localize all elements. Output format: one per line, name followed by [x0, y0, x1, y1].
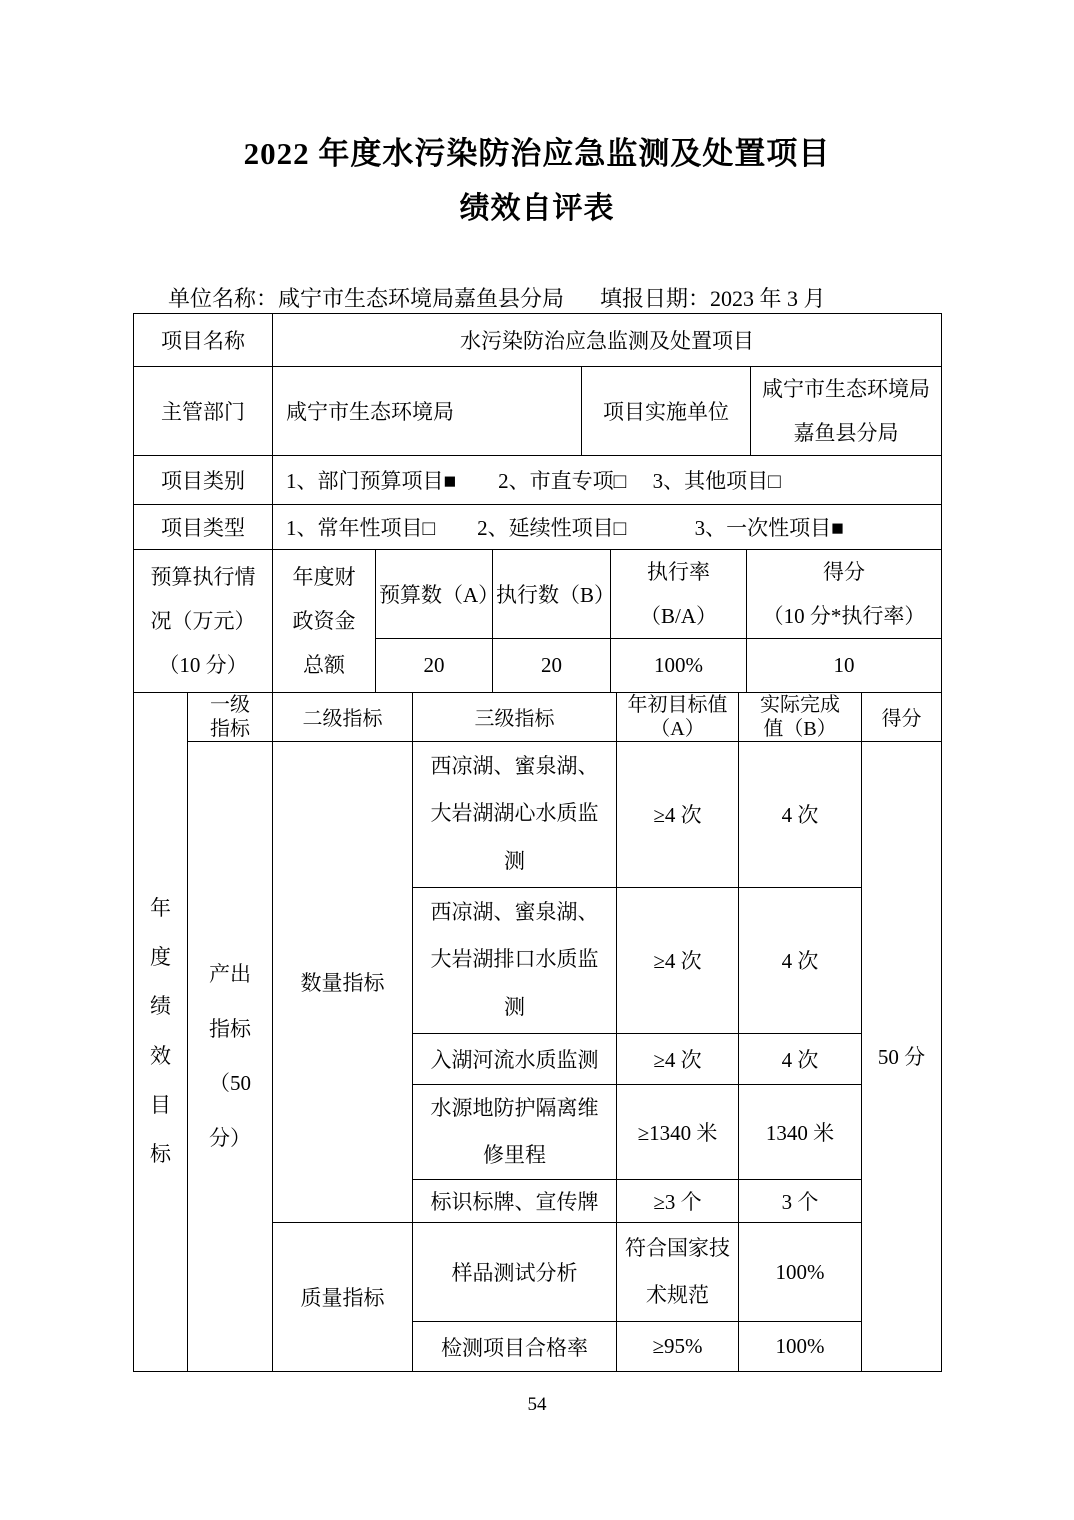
- impl-unit-label: 项目实施单位: [582, 367, 751, 456]
- category-label: 项目类别: [134, 456, 273, 505]
- indicator-actual: 4 次: [739, 1033, 862, 1084]
- actual-header: 实际完成 值（B）: [739, 692, 862, 741]
- indicator-actual: 1340 米: [739, 1084, 862, 1180]
- document-page: 2022 年度水污染防治应急监测及处置项目 绩效自评表 单位名称：咸宁市生态环境…: [0, 0, 1074, 1520]
- budget-row-label: 预算执行情 况（万元） （10 分）: [134, 549, 273, 692]
- document-title-line2: 绩效自评表: [0, 192, 1074, 227]
- exec-rate-header: 执行率 （B/A）: [611, 549, 747, 638]
- project-info-table: 项目名称 水污染防治应急监测及处置项目 主管部门 咸宁市生态环境局 项目实施单位…: [133, 313, 942, 550]
- annual-performance-side-label: 年 度 绩 效 目 标: [134, 692, 188, 1372]
- indicator-target: ≥4 次: [617, 887, 739, 1033]
- indicator-name: 西凉湖、蜜泉湖、 大岩湖排口水质监 测: [413, 887, 617, 1033]
- type-label: 项目类型: [134, 505, 273, 550]
- table-row: 项目类别 1、部门预算项目■ 2、市直专项□ 3、其他项目□: [134, 456, 942, 505]
- indicator-target: ≥95%: [617, 1322, 739, 1372]
- indicator-actual: 3 个: [739, 1180, 862, 1223]
- meta-line: 单位名称：咸宁市生态环境局嘉鱼县分局填报日期：2023 年 3 月: [168, 282, 1074, 313]
- indicator-name: 西凉湖、蜜泉湖、 大岩湖湖心水质监 测: [413, 741, 617, 887]
- dept-value: 咸宁市生态环境局: [273, 367, 582, 456]
- dept-label: 主管部门: [134, 367, 273, 456]
- indicator-table: 年 度 绩 效 目 标 一级 指标 二级指标 三级指标 年初目标值 （A） 实际…: [133, 692, 942, 1373]
- target-header: 年初目标值 （A）: [617, 692, 739, 741]
- document-title-line1: 2022 年度水污染防治应急监测及处置项目: [0, 0, 1074, 172]
- exec-num-value: 20: [493, 639, 611, 693]
- budget-execution-table: 预算执行情 况（万元） （10 分） 年度财 政资金 总额 预算数（A） 执行数…: [133, 549, 942, 693]
- report-date-text: 填报日期：2023 年 3 月: [600, 286, 826, 311]
- budget-num-header: 预算数（A）: [376, 549, 493, 638]
- exec-rate-value: 100%: [611, 639, 747, 693]
- level2-header: 二级指标: [273, 692, 413, 741]
- annual-fund-label: 年度财 政资金 总额: [273, 549, 376, 692]
- output-indicator-cell: 产出 指标 （50 分）: [188, 741, 273, 1372]
- indicator-name: 样品测试分析: [413, 1223, 617, 1322]
- score-value: 10: [747, 639, 942, 693]
- indicator-target: ≥4 次: [617, 741, 739, 887]
- indicator-target: ≥4 次: [617, 1033, 739, 1084]
- exec-num-header: 执行数（B）: [493, 549, 611, 638]
- page-number: 54: [0, 1394, 1074, 1416]
- table-row: 项目类型 1、常年性项目□ 2、延续性项目□ 3、一次性项目■: [134, 505, 942, 550]
- score-col-header: 得分: [862, 692, 942, 741]
- level1-header: 一级 指标: [188, 692, 273, 741]
- indicator-target: ≥1340 米: [617, 1084, 739, 1180]
- table-row: 项目名称 水污染防治应急监测及处置项目: [134, 314, 942, 367]
- indicator-target: 符合国家技 术规范: [617, 1223, 739, 1322]
- category-options: 1、部门预算项目■ 2、市直专项□ 3、其他项目□: [273, 456, 942, 505]
- unit-name-text: 单位名称：咸宁市生态环境局嘉鱼县分局: [168, 286, 564, 311]
- budget-num-value: 20: [376, 639, 493, 693]
- indicator-name: 入湖河流水质监测: [413, 1033, 617, 1084]
- level3-header: 三级指标: [413, 692, 617, 741]
- indicator-actual: 100%: [739, 1322, 862, 1372]
- total-score-cell: 50 分: [862, 741, 942, 1372]
- table-row: 主管部门 咸宁市生态环境局 项目实施单位 咸宁市生态环境局 嘉鱼县分局: [134, 367, 942, 456]
- indicator-name: 检测项目合格率: [413, 1322, 617, 1372]
- indicator-actual: 100%: [739, 1223, 862, 1322]
- project-name-label: 项目名称: [134, 314, 273, 367]
- impl-unit-value: 咸宁市生态环境局 嘉鱼县分局: [751, 367, 942, 456]
- table-row: 年 度 绩 效 目 标 一级 指标 二级指标 三级指标 年初目标值 （A） 实际…: [134, 692, 942, 741]
- indicator-target: ≥3 个: [617, 1180, 739, 1223]
- indicator-actual: 4 次: [739, 887, 862, 1033]
- table-row: 预算执行情 况（万元） （10 分） 年度财 政资金 总额 预算数（A） 执行数…: [134, 549, 942, 638]
- indicator-name: 水源地防护隔离维 修里程: [413, 1084, 617, 1180]
- table-row: 产出 指标 （50 分） 数量指标 西凉湖、蜜泉湖、 大岩湖湖心水质监 测 ≥4…: [134, 741, 942, 887]
- quality-indicator-cell: 质量指标: [273, 1223, 413, 1372]
- type-options: 1、常年性项目□ 2、延续性项目□ 3、一次性项目■: [273, 505, 942, 550]
- indicator-name: 标识标牌、宣传牌: [413, 1180, 617, 1223]
- project-name-value: 水污染防治应急监测及处置项目: [273, 314, 942, 367]
- quantity-indicator-cell: 数量指标: [273, 741, 413, 1223]
- indicator-actual: 4 次: [739, 741, 862, 887]
- score-header: 得分 （10 分*执行率）: [747, 549, 942, 638]
